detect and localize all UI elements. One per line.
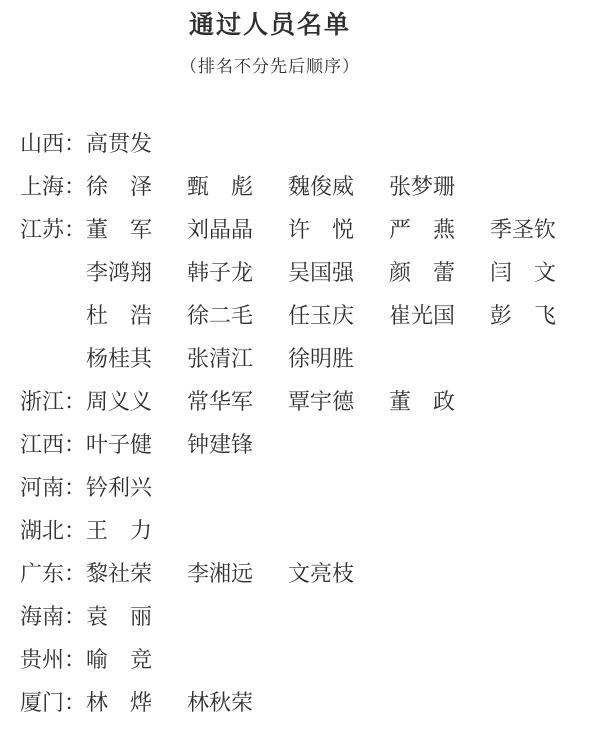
- person-name: 袁 丽: [86, 595, 152, 638]
- list-row: 上海：徐 泽甄 彪魏俊威张梦珊: [0, 165, 604, 208]
- subtitle: （排名不分先后顺序）: [20, 55, 520, 79]
- list-row: 厦门：林 烨林秋荣: [0, 681, 604, 724]
- region-label: 厦门：: [20, 681, 86, 724]
- list-row: 河南：钤利兴: [0, 466, 604, 509]
- person-name: 董 政: [389, 380, 455, 423]
- person-name: 崔光国: [389, 294, 455, 337]
- person-name: 覃宇德: [288, 380, 354, 423]
- person-name: 李湘远: [187, 552, 253, 595]
- person-name: 李鸿翔: [86, 251, 152, 294]
- document-page: 通过人员名单 （排名不分先后顺序） 山西：高贯发上海：徐 泽甄 彪魏俊威张梦珊江…: [0, 0, 604, 731]
- person-name: 彭 飞: [490, 294, 556, 337]
- person-name: 张梦珊: [389, 165, 455, 208]
- list-row: 杜 浩徐二毛任玉庆崔光国彭 飞: [0, 294, 604, 337]
- list-row: 山西：高贯发: [0, 122, 604, 165]
- list-row: 江苏：董 军刘晶晶许 悦严 燕季圣钦: [0, 208, 604, 251]
- person-name: 魏俊威: [288, 165, 354, 208]
- region-label: 江西：: [20, 423, 86, 466]
- person-name: 徐二毛: [187, 294, 253, 337]
- person-name: 钤利兴: [86, 466, 152, 509]
- region-label: 广东：: [20, 552, 86, 595]
- person-name: 林秋荣: [187, 681, 253, 724]
- list-row: 广东：黎社荣李湘远文亮枝: [0, 552, 604, 595]
- list-row: 李鸿翔韩子龙吴国强颜 蕾闫 文: [0, 251, 604, 294]
- person-name: 杨桂其: [86, 337, 152, 380]
- list-row: 湖北：王 力: [0, 509, 604, 552]
- pass-list: 山西：高贯发上海：徐 泽甄 彪魏俊威张梦珊江苏：董 军刘晶晶许 悦严 燕季圣钦李…: [0, 122, 604, 724]
- person-name: 杜 浩: [86, 294, 152, 337]
- region-label: 山西：: [20, 122, 86, 165]
- person-name: 闫 文: [490, 251, 556, 294]
- list-row: 杨桂其张清江徐明胜: [0, 337, 604, 380]
- region-label: 海南：: [20, 595, 86, 638]
- person-name: 黎社荣: [86, 552, 152, 595]
- person-name: 文亮枝: [288, 552, 354, 595]
- page-title: 通过人员名单: [20, 0, 520, 42]
- region-label: 上海：: [20, 165, 86, 208]
- person-name: 王 力: [86, 509, 152, 552]
- person-name: 董 军: [86, 208, 152, 251]
- person-name: 徐明胜: [288, 337, 354, 380]
- list-row: 浙江：周义义常华军覃宇德董 政: [0, 380, 604, 423]
- person-name: 严 燕: [389, 208, 455, 251]
- person-name: 任玉庆: [288, 294, 354, 337]
- region-label: 江苏：: [20, 208, 86, 251]
- person-name: 韩子龙: [187, 251, 253, 294]
- region-label: 河南：: [20, 466, 86, 509]
- person-name: 颜 蕾: [389, 251, 455, 294]
- document-header: 通过人员名单 （排名不分先后顺序）: [20, 0, 520, 79]
- person-name: 常华军: [187, 380, 253, 423]
- list-row: 海南：袁 丽: [0, 595, 604, 638]
- person-name: 钟建锋: [187, 423, 253, 466]
- person-name: 周义义: [86, 380, 152, 423]
- person-name: 徐 泽: [86, 165, 152, 208]
- person-name: 高贯发: [86, 122, 152, 165]
- person-name: 张清江: [187, 337, 253, 380]
- person-name: 叶子健: [86, 423, 152, 466]
- region-label: 贵州：: [20, 638, 86, 681]
- list-row: 江西：叶子健钟建锋: [0, 423, 604, 466]
- region-label: 浙江：: [20, 380, 86, 423]
- person-name: 吴国强: [288, 251, 354, 294]
- person-name: 季圣钦: [490, 208, 556, 251]
- person-name: 许 悦: [288, 208, 354, 251]
- person-name: 刘晶晶: [187, 208, 253, 251]
- region-label: 湖北：: [20, 509, 86, 552]
- person-name: 林 烨: [86, 681, 152, 724]
- person-name: 甄 彪: [187, 165, 253, 208]
- person-name: 喻 竞: [86, 638, 152, 681]
- list-row: 贵州：喻 竞: [0, 638, 604, 681]
